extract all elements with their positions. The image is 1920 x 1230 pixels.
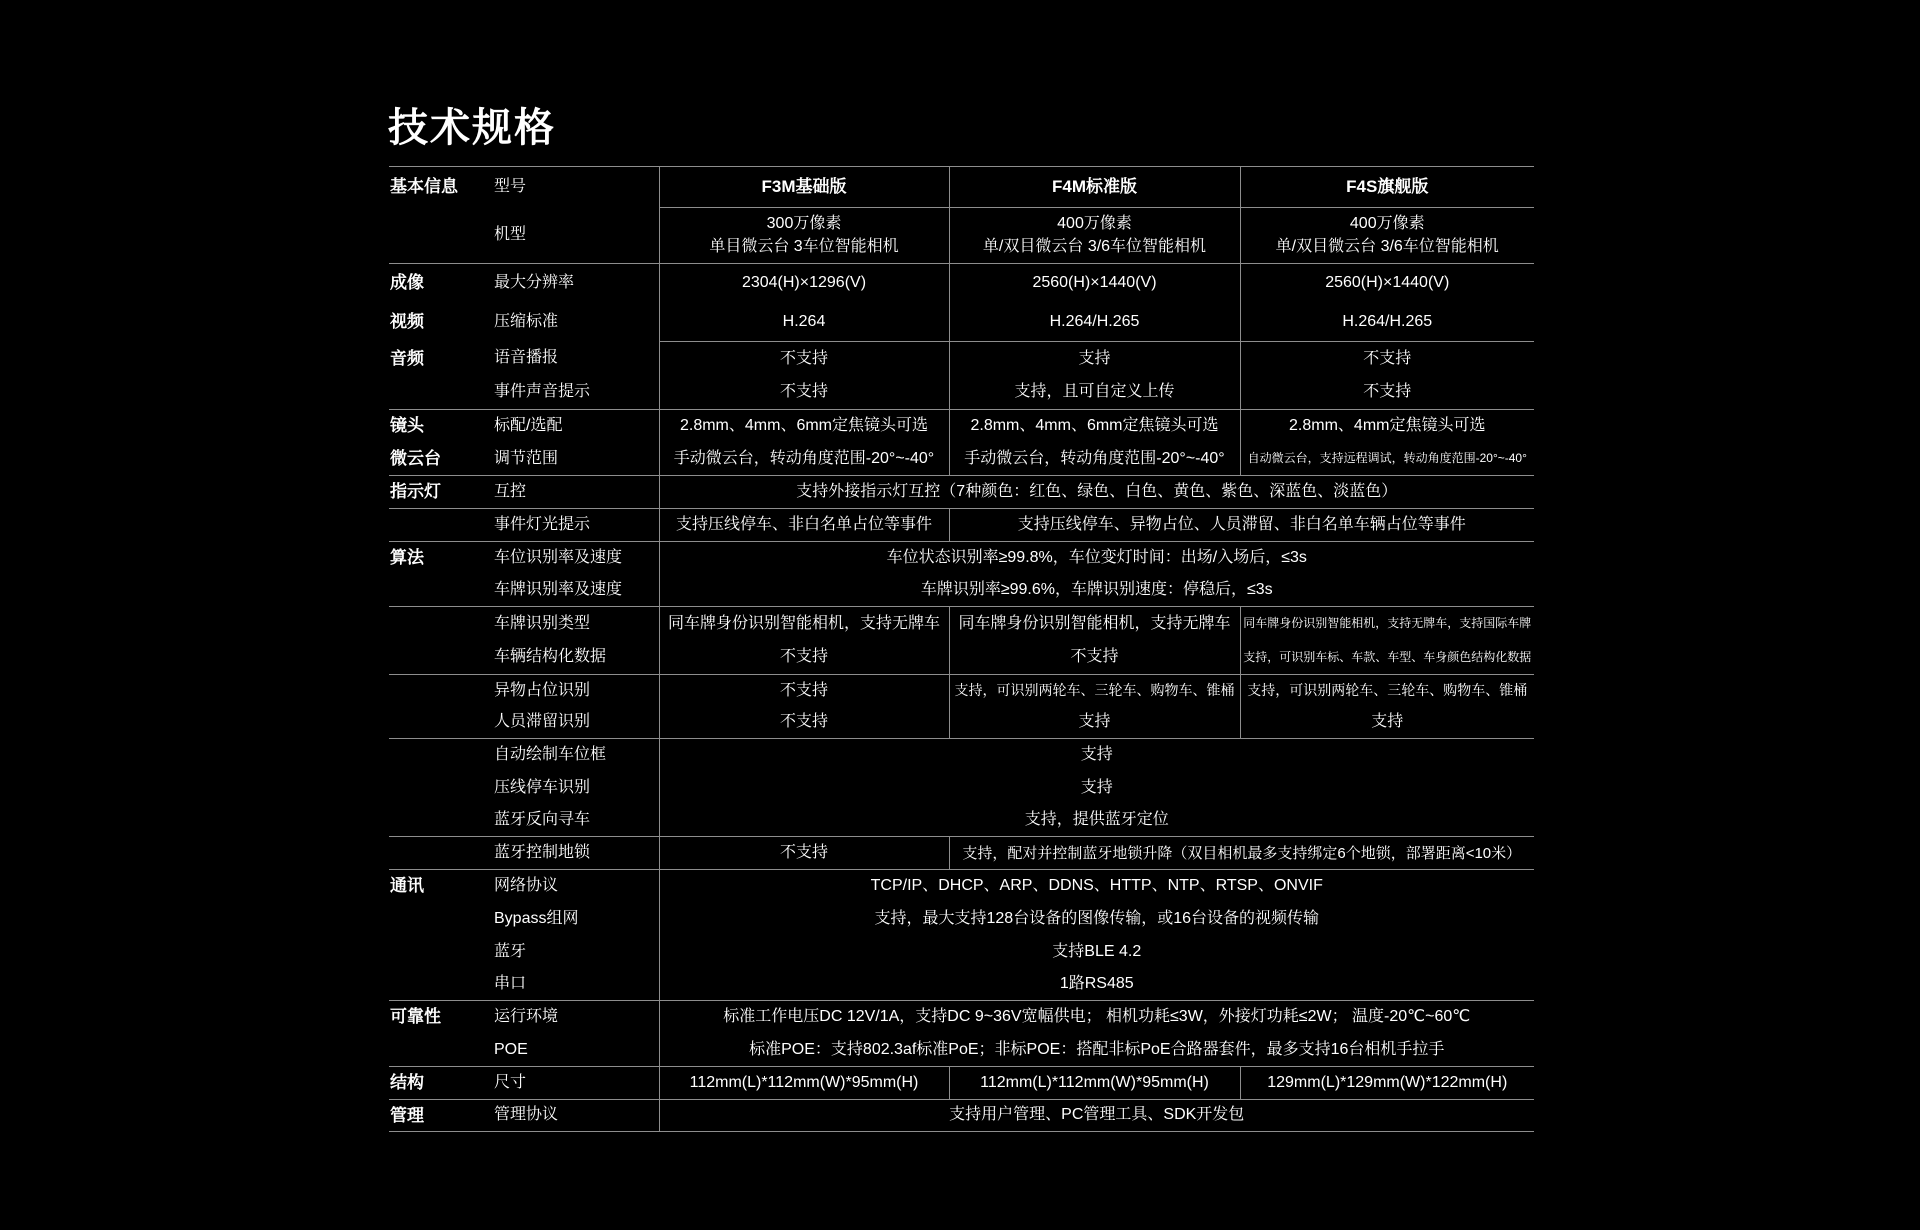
row-vehicle-struct: 车辆结构化数据 不支持 不支持 支持，可识别车标、车款、车型、车身颜色结构化数据 [389,641,1534,675]
value-plate-type-f4m: 同车牌身份识别智能相机，支持无牌车 [949,607,1240,641]
item-dimensions: 尺寸 [480,1067,659,1100]
category-basic-info: 基本信息 [389,167,480,208]
value-max-resolution-f4m: 2560(H)×1440(V) [949,264,1240,303]
value-adjust-range-f4s: 自动微云台，支持远程调试，转动角度范围-20°~-40° [1240,443,1534,476]
item-lens-options: 标配/选配 [480,410,659,443]
item-adjust-range: 调节范围 [480,443,659,476]
row-network-protocol: 通讯 网络协议 TCP/IP、DHCP、ARP、DDNS、HTTP、NTP、RT… [389,870,1534,903]
item-auto-draw: 自动绘制车位框 [480,739,659,772]
value-environment-all: 标准工作电压DC 12V/1A，支持DC 9~36V宽幅供电； 相机功耗≤3W，… [659,1001,1534,1034]
value-bt-lock-f3m: 不支持 [659,837,949,870]
value-foreign-object-f4m: 支持，可识别两轮车、三轮车、购物车、锥桶 [949,675,1240,707]
category-cell [389,969,480,1001]
row-lens-options: 镜头 标配/选配 2.8mm、4mm、6mm定焦镜头可选 2.8mm、4mm、6… [389,410,1534,443]
value-max-resolution-f3m: 2304(H)×1296(V) [659,264,949,303]
page-title: 技术规格 [388,96,556,153]
row-mgmt-protocol: 管理 管理协议 支持用户管理、PC管理工具、SDK开发包 [389,1100,1534,1132]
row-model: 基本信息 型号 F3M基础版 F4M标准版 F4S旗舰版 [389,167,1534,208]
category-imaging: 成像 [389,264,480,303]
row-environment: 可靠性 运行环境 标准工作电压DC 12V/1A，支持DC 9~36V宽幅供电；… [389,1001,1534,1034]
row-voice-broadcast: 音频 语音播报 不支持 支持 不支持 [389,342,1534,376]
row-dimensions: 结构 尺寸 112mm(L)*112mm(W)*95mm(H) 112mm(L)… [389,1067,1534,1100]
category-video: 视频 [389,303,480,342]
value-lens-options-f4s: 2.8mm、4mm定焦镜头可选 [1240,410,1534,443]
item-serial: 串口 [480,969,659,1001]
value-event-sound-f4s: 不支持 [1240,376,1534,410]
category-cell [389,805,480,837]
item-poe: POE [480,1034,659,1067]
value-plate-type-f4s: 同车牌身份识别智能相机，支持无牌车，支持国际车牌 [1240,607,1534,641]
value-bluetooth-all: 支持BLE 4.2 [659,936,1534,969]
row-event-light: 事件灯光提示 支持压线停车、非白名单占位等事件 支持压线停车、异物占位、人员滞留… [389,509,1534,542]
item-mgmt-protocol: 管理协议 [480,1100,659,1132]
row-machine-type: 机型 300万像素 单目微云台 3车位智能相机 400万像素 单/双目微云台 3… [389,208,1534,264]
value-event-light-f4m-f4s: 支持压线停车、异物占位、人员滞留、非白名单车辆占位等事件 [949,509,1534,542]
item-plate-type: 车牌识别类型 [480,607,659,641]
value-bt-find-car-all: 支持，提供蓝牙定位 [659,805,1534,837]
value-dimensions-f4m: 112mm(L)*112mm(W)*95mm(H) [949,1067,1240,1100]
value-vehicle-struct-f4s: 支持，可识别车标、车款、车型、车身颜色结构化数据 [1240,641,1534,675]
category-cell [389,707,480,739]
value-serial-all: 1路RS485 [659,969,1534,1001]
category-cell [389,607,480,641]
item-mutual-control: 互控 [480,476,659,509]
item-foreign-object: 异物占位识别 [480,675,659,707]
value-mutual-control-all: 支持外接指示灯互控（7种颜色：红色、绿色、白色、黄色、紫色、深蓝色、淡蓝色） [659,476,1534,509]
value-poe-all: 标准POE：支持802.3af标准PoE；非标POE：搭配非标PoE合路器套件，… [659,1034,1534,1067]
value-machine-type-f4m: 400万像素 单/双目微云台 3/6车位智能相机 [949,208,1240,264]
value-event-light-f3m: 支持压线停车、非白名单占位等事件 [659,509,949,542]
row-plate-type: 车牌识别类型 同车牌身份识别智能相机，支持无牌车 同车牌身份识别智能相机，支持无… [389,607,1534,641]
row-bypass: Bypass组网 支持，最大支持128台设备的图像传输，或16台设备的视频传输 [389,903,1534,936]
category-cell [389,376,480,410]
category-structure: 结构 [389,1067,480,1100]
item-bt-lock: 蓝牙控制地锁 [480,837,659,870]
row-max-resolution: 成像 最大分辨率 2304(H)×1296(V) 2560(H)×1440(V)… [389,264,1534,303]
value-foreign-object-f4s: 支持，可识别两轮车、三轮车、购物车、锥桶 [1240,675,1534,707]
item-vehicle-struct: 车辆结构化数据 [480,641,659,675]
item-machine-type: 机型 [480,208,659,264]
category-audio: 音频 [389,342,480,376]
row-plate-rate: 车牌识别率及速度 车牌识别率≥99.6%，车牌识别速度：停稳后，≤3s [389,575,1534,607]
item-network-protocol: 网络协议 [480,870,659,903]
value-compression-f3m: H.264 [659,303,949,342]
value-bt-lock-f4m-f4s: 支持，配对并控制蓝牙地锁升降（双目相机最多支持绑定6个地锁，部署距离<10米） [949,837,1534,870]
category-cell [389,739,480,772]
value-line-parking-all: 支持 [659,772,1534,805]
value-voice-broadcast-f4m: 支持 [949,342,1240,376]
item-event-light: 事件灯光提示 [480,509,659,542]
category-indicator: 指示灯 [389,476,480,509]
value-auto-draw-all: 支持 [659,739,1534,772]
category-cell [389,837,480,870]
row-space-rate: 算法 车位识别率及速度 车位状态识别率≥99.8%，车位变灯时间：出场/入场后，… [389,542,1534,575]
item-voice-broadcast: 语音播报 [480,342,659,376]
value-voice-broadcast-f4s: 不支持 [1240,342,1534,376]
value-mgmt-protocol-all: 支持用户管理、PC管理工具、SDK开发包 [659,1100,1534,1132]
category-cell [389,675,480,707]
item-compression: 压缩标准 [480,303,659,342]
row-bt-lock: 蓝牙控制地锁 不支持 支持，配对并控制蓝牙地锁升降（双目相机最多支持绑定6个地锁… [389,837,1534,870]
value-foreign-object-f3m: 不支持 [659,675,949,707]
value-adjust-range-f4m: 手动微云台，转动角度范围-20°~-40° [949,443,1240,476]
category-management: 管理 [389,1100,480,1132]
category-cell [389,575,480,607]
item-bluetooth: 蓝牙 [480,936,659,969]
item-max-resolution: 最大分辨率 [480,264,659,303]
value-compression-f4m: H.264/H.265 [949,303,1240,342]
value-person-linger-f3m: 不支持 [659,707,949,739]
value-voice-broadcast-f3m: 不支持 [659,342,949,376]
value-person-linger-f4s: 支持 [1240,707,1534,739]
value-event-sound-f4m: 支持，且可自定义上传 [949,376,1240,410]
category-comm: 通讯 [389,870,480,903]
value-vehicle-struct-f3m: 不支持 [659,641,949,675]
row-person-linger: 人员滞留识别 不支持 支持 支持 [389,707,1534,739]
category-gimbal: 微云台 [389,443,480,476]
value-dimensions-f3m: 112mm(L)*112mm(W)*95mm(H) [659,1067,949,1100]
category-lens: 镜头 [389,410,480,443]
item-space-rate: 车位识别率及速度 [480,542,659,575]
row-auto-draw: 自动绘制车位框 支持 [389,739,1534,772]
row-bt-find-car: 蓝牙反向寻车 支持，提供蓝牙定位 [389,805,1534,837]
category-cell [389,903,480,936]
value-machine-type-f4s: 400万像素 单/双目微云台 3/6车位智能相机 [1240,208,1534,264]
value-vehicle-struct-f4m: 不支持 [949,641,1240,675]
item-line-parking: 压线停车识别 [480,772,659,805]
row-poe: POE 标准POE：支持802.3af标准PoE；非标POE：搭配非标PoE合路… [389,1034,1534,1067]
item-bt-find-car: 蓝牙反向寻车 [480,805,659,837]
value-person-linger-f4m: 支持 [949,707,1240,739]
value-lens-options-f4m: 2.8mm、4mm、6mm定焦镜头可选 [949,410,1240,443]
item-event-sound: 事件声音提示 [480,376,659,410]
value-compression-f4s: H.264/H.265 [1240,303,1534,342]
item-environment: 运行环境 [480,1001,659,1034]
category-cell [389,641,480,675]
row-mutual-control: 指示灯 互控 支持外接指示灯互控（7种颜色：红色、绿色、白色、黄色、紫色、深蓝色… [389,476,1534,509]
value-event-sound-f3m: 不支持 [659,376,949,410]
value-bypass-all: 支持，最大支持128台设备的图像传输，或16台设备的视频传输 [659,903,1534,936]
model-header-f4m: F4M标准版 [949,167,1240,208]
category-reliability: 可靠性 [389,1001,480,1034]
row-adjust-range: 微云台 调节范围 手动微云台，转动角度范围-20°~-40° 手动微云台，转动角… [389,443,1534,476]
value-network-protocol-all: TCP/IP、DHCP、ARP、DDNS、HTTP、NTP、RTSP、ONVIF [659,870,1534,903]
row-line-parking: 压线停车识别 支持 [389,772,1534,805]
value-lens-options-f3m: 2.8mm、4mm、6mm定焦镜头可选 [659,410,949,443]
category-cell [389,509,480,542]
row-bluetooth: 蓝牙 支持BLE 4.2 [389,936,1534,969]
row-compression: 视频 压缩标准 H.264 H.264/H.265 H.264/H.265 [389,303,1534,342]
value-space-rate-all: 车位状态识别率≥99.8%，车位变灯时间：出场/入场后，≤3s [659,542,1534,575]
item-plate-rate: 车牌识别率及速度 [480,575,659,607]
item-model: 型号 [480,167,659,208]
spec-page: 技术规格 基本信息 型号 F3M基础版 F4M标准版 F4S旗舰版 机型 300… [0,0,1920,1230]
item-bypass: Bypass组网 [480,903,659,936]
spec-table: 基本信息 型号 F3M基础版 F4M标准版 F4S旗舰版 机型 300万像素 单… [389,166,1534,1132]
category-cell [389,772,480,805]
item-person-linger: 人员滞留识别 [480,707,659,739]
value-plate-rate-all: 车牌识别率≥99.6%，车牌识别速度：停稳后，≤3s [659,575,1534,607]
value-max-resolution-f4s: 2560(H)×1440(V) [1240,264,1534,303]
category-cell [389,1034,480,1067]
category-cell [389,208,480,264]
row-event-sound: 事件声音提示 不支持 支持，且可自定义上传 不支持 [389,376,1534,410]
value-machine-type-f3m: 300万像素 单目微云台 3车位智能相机 [659,208,949,264]
value-adjust-range-f3m: 手动微云台，转动角度范围-20°~-40° [659,443,949,476]
row-foreign-object: 异物占位识别 不支持 支持，可识别两轮车、三轮车、购物车、锥桶 支持，可识别两轮… [389,675,1534,707]
model-header-f3m: F3M基础版 [659,167,949,208]
value-dimensions-f4s: 129mm(L)*129mm(W)*122mm(H) [1240,1067,1534,1100]
model-header-f4s: F4S旗舰版 [1240,167,1534,208]
category-cell [389,936,480,969]
value-plate-type-f3m: 同车牌身份识别智能相机，支持无牌车 [659,607,949,641]
row-serial: 串口 1路RS485 [389,969,1534,1001]
category-algorithm: 算法 [389,542,480,575]
